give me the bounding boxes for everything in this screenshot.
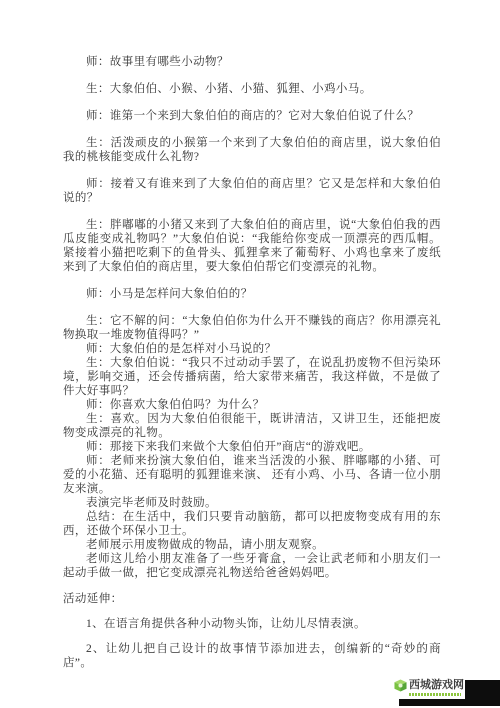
- narration-line: 表演完毕老师及时鼓励。: [63, 496, 441, 510]
- document-page: 师：故事里有哪些小动物？ 生：大象伯伯、小猴、小猪、小猫、狐狸、小鸡小马。 师：…: [0, 0, 500, 708]
- dialogue-line: 生：喜欢。因为大象伯伯很能干，既讲清洁，又讲卫生，还能把废物变成漂亮的礼物。: [63, 412, 441, 440]
- dialogue-line: 师：接着又有谁来到了大象伯伯的商店里？它又是怎样和大象伯伯说的？: [63, 177, 441, 205]
- watermark-subtext-line: [409, 693, 461, 696]
- dialogue-line: 师：小马是怎样问大象伯伯的？: [63, 287, 441, 301]
- dialogue-line: 生：大象伯伯说：“我只不过动动手罢了，在说乱扔废物不但污染环境，影响交通，还会传…: [63, 356, 441, 398]
- extension-item: 1、在语言角提供各种小动物头饰，让幼儿尽情表演。: [63, 617, 441, 631]
- extension-heading: 活动延伸：: [63, 592, 441, 606]
- narration-line: 老师展示用废物做成的物品，请小朋友观察。: [63, 538, 441, 552]
- dialogue-line: 师：故事里有哪些小动物？: [63, 55, 441, 69]
- dialogue-line: 师：谁第一个来到大象伯伯的商店的？它对大象伯伯说了什么？: [63, 109, 441, 123]
- watermark-cube-icon: [394, 679, 407, 692]
- dialogue-line: 师：那接下来我们来做个大象伯伯开”商店“的游戏吧。: [63, 440, 441, 454]
- watermark-site-name: 西城游戏网: [409, 679, 464, 692]
- dialogue-line: 师：大象伯伯的是怎样对小马说的？: [63, 342, 441, 356]
- dialogue-line: 生：它不解的问：“大象伯伯你为什么开不赚钱的商店？你用漂亮礼物换取一堆废物值得吗…: [63, 314, 441, 342]
- dialogue-line: 生：大象伯伯、小猴、小猪、小猫、狐狸、小鸡小马。: [63, 82, 441, 96]
- narration-line: 老师这儿给小朋友准备了一些牙膏盒，一会让武老师和小朋友们一起动手做一做，把它变成…: [63, 552, 441, 580]
- lesson-plan-text: 师：故事里有哪些小动物？ 生：大象伯伯、小猴、小猪、小猫、狐狸、小鸡小马。 师：…: [63, 55, 441, 670]
- dialogue-line: 师：老师来扮演大象伯伯，谁来当活泼的小猴、胖嘟嘟的小猪、可爱的小花猫、还有聪明的…: [63, 454, 441, 496]
- watermark: 西城游戏网: [392, 676, 500, 706]
- watermark-logo-box: 西城游戏网: [392, 676, 465, 699]
- summary-line: 总结：在生活中，我们只要肯动脑筋，都可以把废物变成有用的东西，还做个环保小卫士。: [63, 510, 441, 538]
- dialogue-line: 生：活泼顽皮的小猴第一个来到了大象伯伯的商店里，说大象伯伯我的桃核能变成什么礼物…: [63, 136, 441, 164]
- dialogue-line: 师：你喜欢大象伯伯吗？为什么？: [63, 398, 441, 412]
- extension-item: 2、让幼儿把自己设计的故事情节添加进去，创编新的“奇妙的商店”。: [63, 642, 441, 670]
- dialogue-line: 生：胖嘟嘟的小猪又来到了大象伯伯的商店里，说“大象伯伯我的西瓜皮能变成礼物吗？”…: [63, 218, 441, 274]
